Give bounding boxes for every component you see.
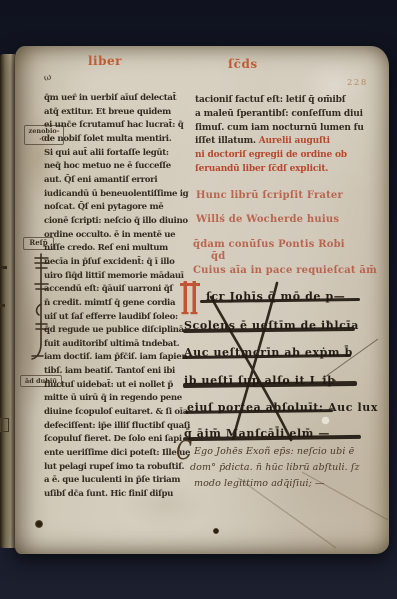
colophon-line: q̄d̄ (211, 251, 225, 262)
parchment-flaw-spot (321, 416, 330, 425)
wormhole (213, 528, 219, 534)
manuscript-text-line: atq̄ extitur. Et breue quidem (44, 106, 186, 120)
manuscript-text-line: necīa in p̄ſuſ excident̄: q̄ ī illo (44, 256, 186, 270)
colophon-line: q̄dam conūſus Pontis Rob̄i (193, 239, 345, 250)
facing-page-ink-mark (0, 304, 5, 307)
manuscript-text-line: q̄m uer̄ in uerbiſ aīuſ delectat̄ (44, 92, 186, 106)
facing-page-box-mark (0, 418, 9, 432)
manuscript-text-line: defeciſſent: ip̄e illiſ fluctibſ quaſi (44, 420, 186, 434)
exlibris-line: Ego Johēs Exoñ ep̄s: neſcio ubi ē (194, 446, 354, 457)
exlibris-paraph-mark: C (176, 435, 192, 465)
manuscript-photo: liber ſc̄ds 228 ω zenobio- ·C· Reſp̄ ād … (0, 0, 397, 599)
manuscript-text-line: uſibſ dc̄a ſunt. Hic finiſ diſpu (44, 488, 186, 502)
manuscript-text-line: ei unc̄e ſcrutamuſ hac lucrat̄: q̄ (44, 119, 186, 133)
facing-page-edge (0, 54, 15, 548)
manuscript-text-line: lut pelagi rupeſ imo ta robuſtiſ. (44, 461, 186, 475)
right-text-column: tacioniſ factuſ eſt: letiſ q̄ om̄ibſ a m… (195, 94, 365, 177)
manuscript-text-line: noſcat. Q̄ſ eni pytagore mē (44, 201, 186, 215)
explicit-red-part: Aurelii auguſti (259, 136, 330, 146)
manuscript-text-line: ſcopuluſ fieret. De ſolo eni ſapi (44, 433, 186, 447)
manuscript-text-line: de nobiſ ſolet multa mentiri. (44, 133, 186, 147)
manuscript-text-line: cionē ſcripti: neſcio q̄ illo diuino (44, 215, 186, 229)
wormhole (35, 520, 43, 528)
manuscript-text-line: uiro ſiq̄d littīſ memorie mādauī (44, 270, 186, 284)
manuscript-text-line: iam doctiſ. iam p̄fc̄iſ. iam ſapien (44, 351, 186, 365)
manuscript-text-line: ente ueriſſime dici poteſt: Ille ue (44, 447, 186, 461)
manuscript-text-line: tacioniſ factuſ eſt: letiſ q̄ om̄ibſ (195, 94, 365, 108)
manuscript-text-line: fuit auditoribſ ultimā tndebat. (44, 338, 186, 352)
left-text-column: q̄m uer̄ in uerbiſ aīuſ delectat̄atq̄ ex… (44, 92, 186, 502)
manuscript-text-line: q̄d regude ue publice diſciplinā (44, 324, 186, 338)
manuscript-text-line: mitte ū uirū q̄ in regendo pene (44, 392, 186, 406)
explicit-rubric-line: ſeruandū liber ſc̄dſ explicit. (195, 163, 365, 177)
manuscript-text-line: iudicandū ū beneuolentiſſime ig (44, 188, 186, 202)
explicit-black-part: iſſet illatum. (195, 136, 259, 146)
exlibris-line: dom° p̄dicta. n̄ hūc librū abſtuli. ſz (190, 462, 360, 473)
manuscript-text-line: tibſ. iam beatiſ. Tantoſ eni ibi (44, 365, 186, 379)
facing-page-ink-mark (1, 266, 7, 269)
manuscript-text-line: niſſe credo. Reſ eni multum (44, 242, 186, 256)
manuscript-text-line: ordine occulto. ē in mentē ue (44, 229, 186, 243)
running-title-right: ſc̄ds (228, 57, 258, 71)
manuscript-text-line: n̄ credit. mimtſ q̄ gene cordia (44, 297, 186, 311)
exlibris-line: modo legittimo adq̄iſiui; — (194, 478, 325, 489)
manuscript-text-line: diuine ſcopuloſ euitaret. & ſi oīa (44, 406, 186, 420)
manuscript-text-line: ſimuſ. cum iam nocturnū lumen fu (195, 122, 365, 136)
manuscript-text-line: a ē. que luculenti in p̄ſe tiriam (44, 474, 186, 488)
manuscript-text-line: neq̄ hoc metuo ne ē ſucceſſe (44, 160, 186, 174)
manuscript-text-line: uiſ ut ſaſ efferre laudibſ ſoleo: (44, 311, 186, 325)
explicit-rubric-line: ni doctoriſ egregii de ordine ob (195, 149, 365, 163)
running-title-left: liber (88, 54, 122, 68)
explicit-mixed-line: iſſet illatum. Aurelii auguſti (195, 135, 365, 149)
manuscript-text-line: a maleū ſperantibſ: conſeſſum diui (195, 108, 365, 122)
manuscript-text-line: accendū eſt: q̄āuiſ uarroni q̄ſ (44, 283, 186, 297)
manuscript-text-line: aut. Q̄ſ eni amantiſ errori (44, 174, 186, 188)
manuscript-text-line: fluctuſ uidebat̄: ut ei nollet p̄ (44, 379, 186, 393)
folio-number: 228 (347, 78, 368, 88)
colophon-line: Willś de Wocherde huius (196, 214, 339, 225)
manuscript-text-line: Si qui aut̄ alii fortaſſe legūt: (44, 147, 186, 161)
colophon-line: Hunc librū ſcripſit Frater (196, 190, 343, 201)
colophon-line: Cuius aīa in pace requieſcat ām̄ (193, 265, 377, 276)
